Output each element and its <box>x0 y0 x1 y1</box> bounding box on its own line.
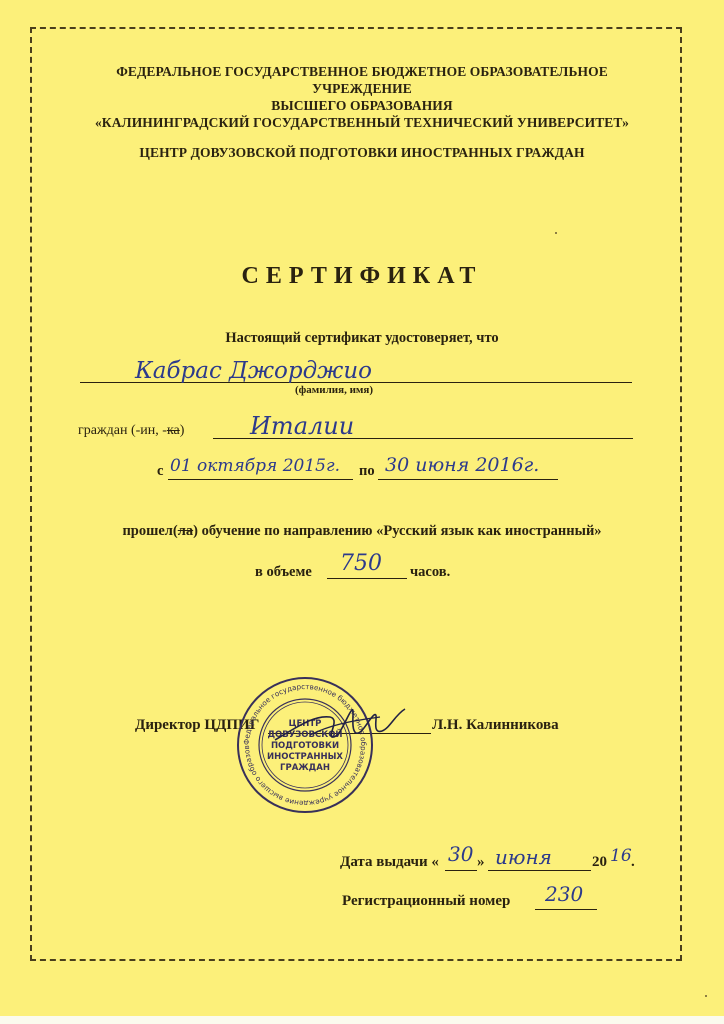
citizenship-value: Италии <box>250 412 354 440</box>
period-from-label: с <box>157 463 163 480</box>
course-text-rest: ) обучение по направлению «Русский язык … <box>193 523 601 539</box>
director-signature <box>270 695 410 755</box>
registration-number: 230 <box>545 882 583 906</box>
scan-speck <box>705 995 707 997</box>
citizenship-label: граждан (-ин, -ка) <box>78 423 184 439</box>
volume-value: 750 <box>340 551 382 576</box>
scan-speck <box>555 232 557 234</box>
issue-day-underline <box>445 870 477 871</box>
issue-month-underline <box>488 870 591 871</box>
issue-year-prefix: 20 <box>592 854 607 871</box>
volume-unit: часов. <box>410 564 450 581</box>
issue-quote-close: » <box>477 854 485 871</box>
course-text-struck: ла <box>178 523 193 539</box>
course-text: прошел(ла) обучение по направлению «Русс… <box>0 523 724 540</box>
svg-text:ГРАЖДАН: ГРАЖДАН <box>280 763 330 773</box>
page-bottom-edge <box>0 1016 724 1024</box>
name-caption: (фамилия, имя) <box>295 384 373 396</box>
header-line-3: ВЫСШЕГО ОБРАЗОВАНИЯ <box>0 97 724 114</box>
period-to-label: по <box>359 463 375 480</box>
name-value: Кабрас Джорджио <box>135 358 372 384</box>
citizenship-label-struck: ка <box>167 423 180 438</box>
volume-underline <box>327 578 407 579</box>
issue-date-label: Дата выдачи « <box>340 854 439 871</box>
intro-text: Настоящий сертификат удостоверяет, что <box>0 330 724 347</box>
citizenship-label-text: граждан (-ин, - <box>78 423 167 438</box>
citizenship-label-end: ) <box>180 423 185 438</box>
volume-label: в объеме <box>255 564 312 581</box>
director-name: Л.Н. Калинникова <box>432 717 559 734</box>
period-to-value: 30 июня 2016г. <box>385 454 539 476</box>
issue-month: июня <box>495 845 552 869</box>
certificate-page: ФЕДЕРАЛЬНОЕ ГОСУДАРСТВЕННОЕ БЮДЖЕТНОЕ ОБ… <box>0 0 724 1016</box>
period-to-underline <box>378 479 558 480</box>
course-text-prefix: прошел( <box>122 523 177 539</box>
issue-day: 30 <box>448 842 473 866</box>
certificate-title: СЕРТИФИКАТ <box>0 263 724 290</box>
period-from-underline <box>168 479 353 480</box>
dashed-border-frame <box>30 27 682 961</box>
period-from-value: 01 октября 2015г. <box>170 456 340 476</box>
header-line-4: «КАЛИНИНГРАДСКИЙ ГОСУДАРСТВЕННЫЙ ТЕХНИЧЕ… <box>0 114 724 131</box>
registration-underline <box>535 909 597 910</box>
center-name: ЦЕНТР ДОВУЗОВСКОЙ ПОДГОТОВКИ ИНОСТРАННЫХ… <box>0 144 724 161</box>
issue-date-end: . <box>631 854 635 871</box>
header-line-1: ФЕДЕРАЛЬНОЕ ГОСУДАРСТВЕННОЕ БЮДЖЕТНОЕ ОБ… <box>0 63 724 80</box>
issue-year-suffix: 16 <box>610 846 632 866</box>
registration-label: Регистрационный номер <box>342 893 510 910</box>
header-line-2: УЧРЕЖДЕНИЕ <box>0 80 724 97</box>
